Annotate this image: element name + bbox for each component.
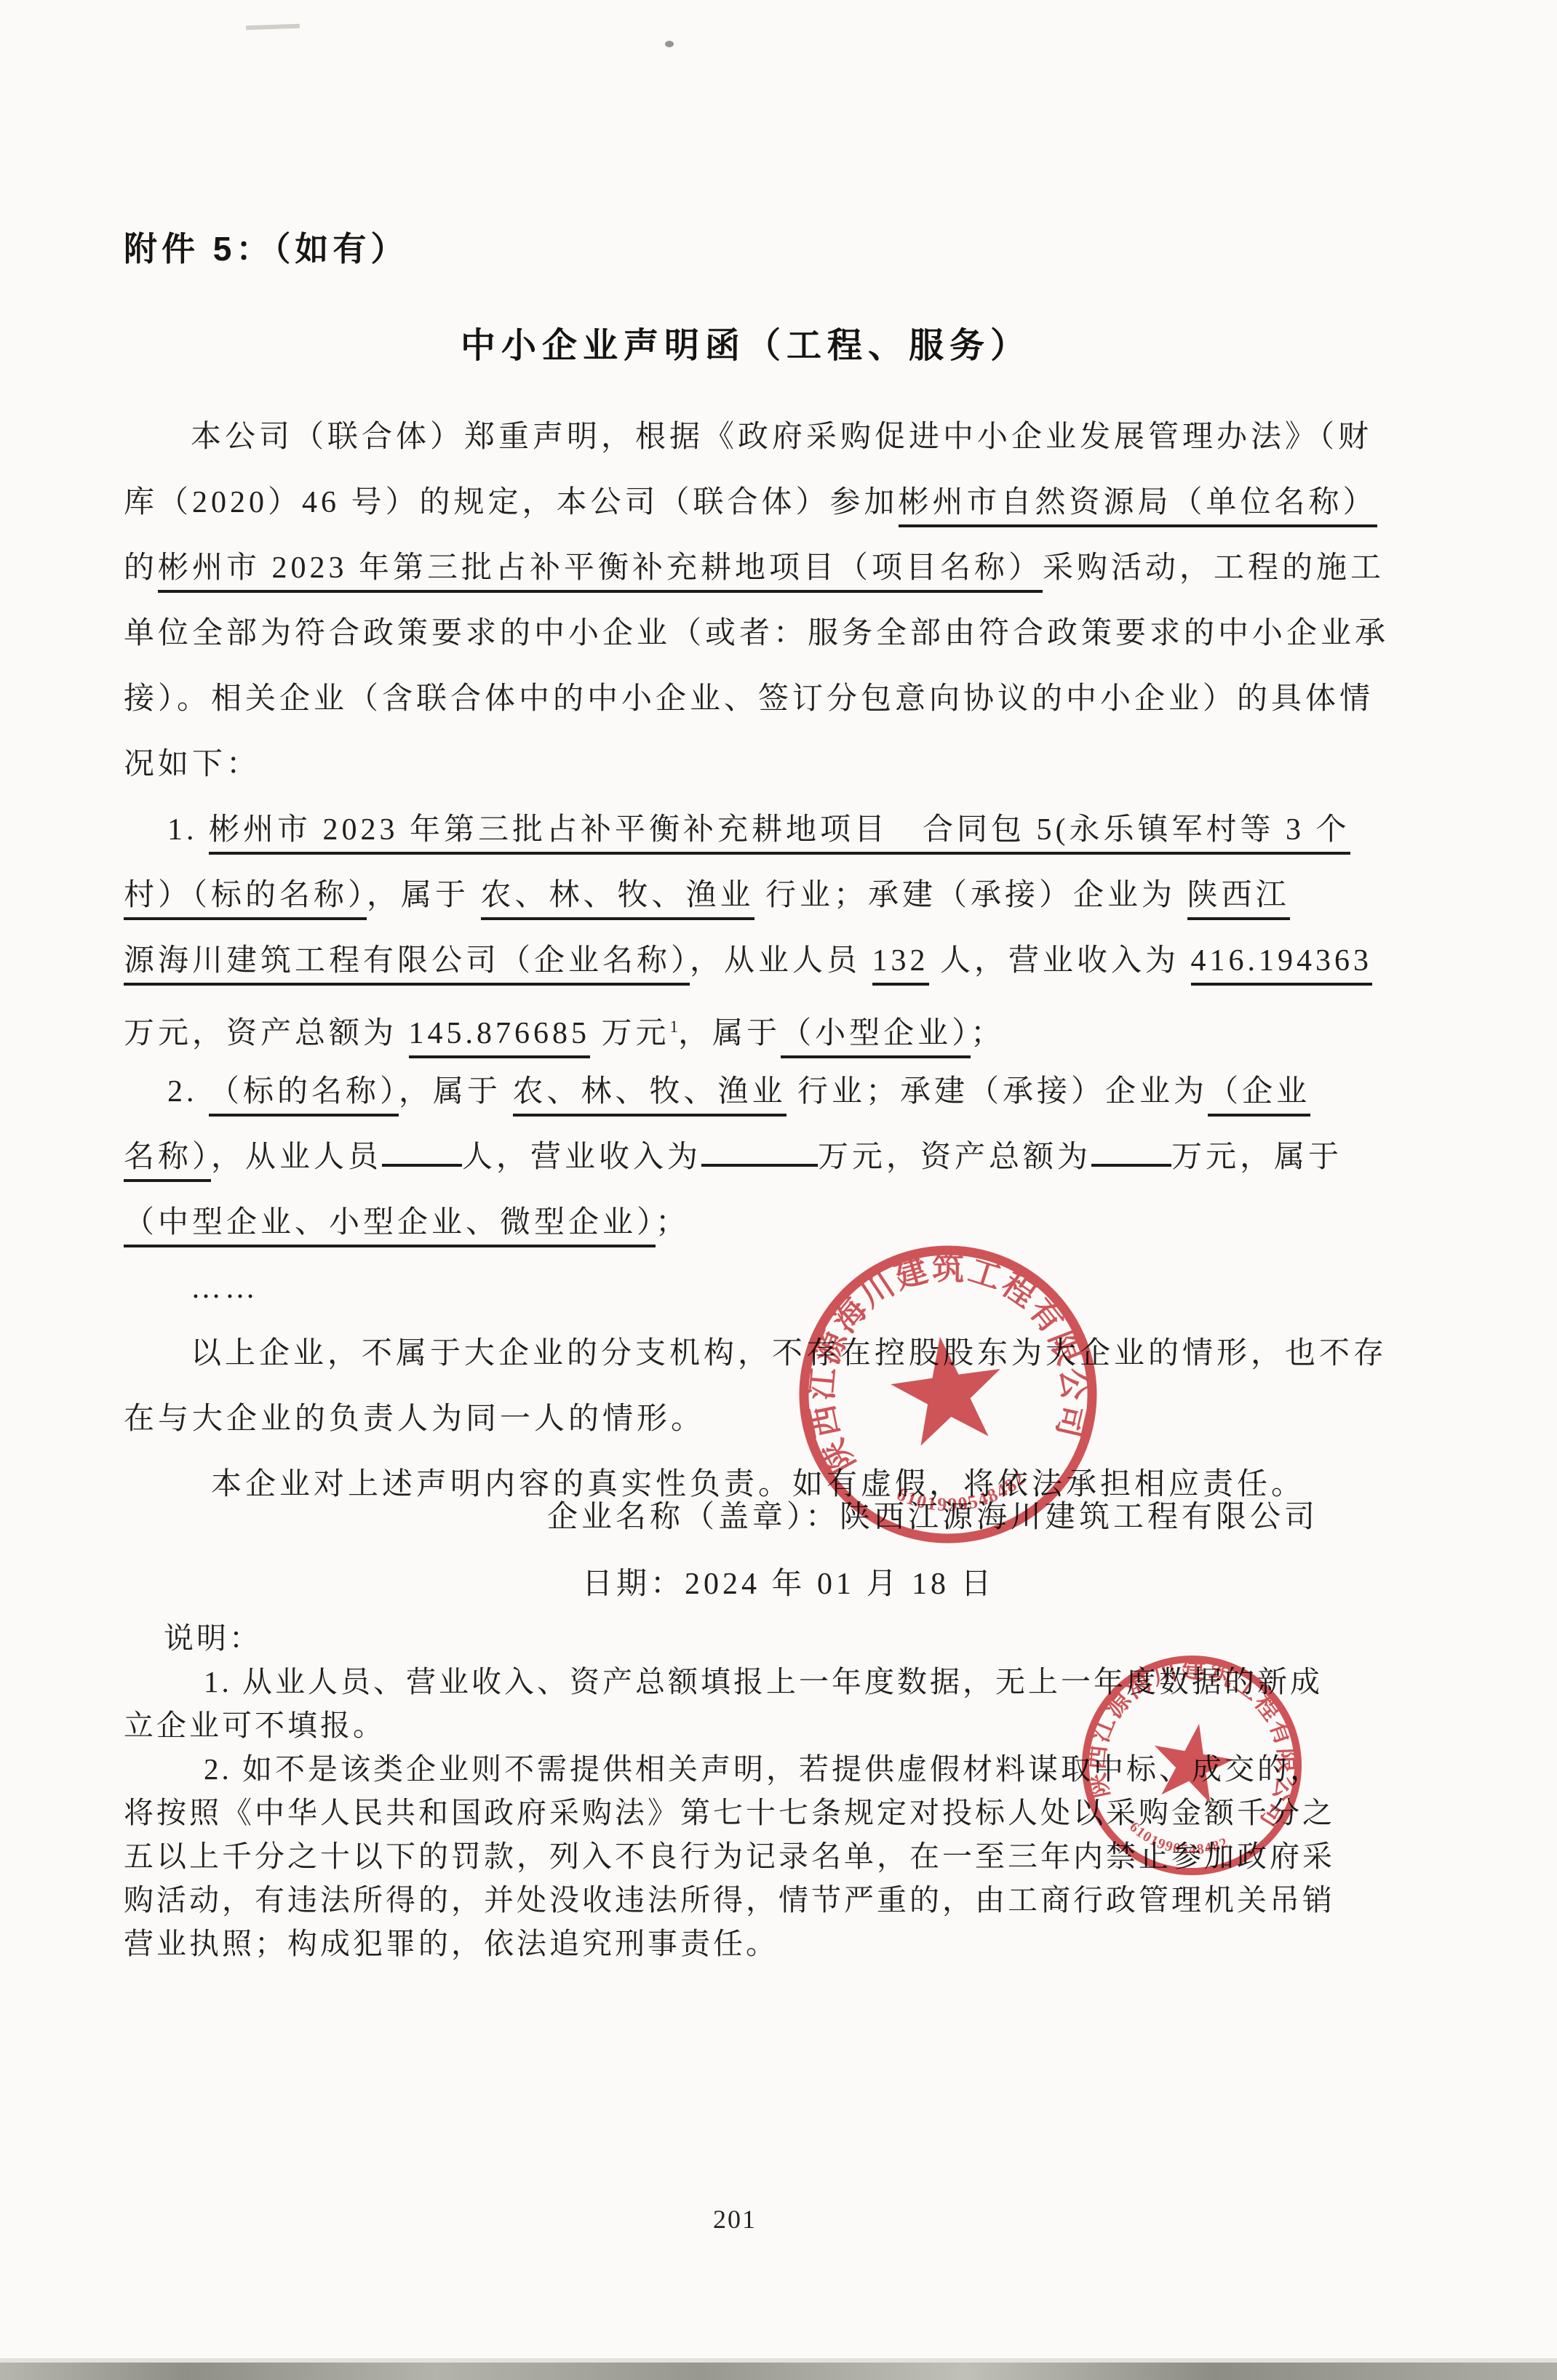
page-number: 201	[0, 2204, 1470, 2235]
svg-text:6101990548482: 6101990548482	[891, 1466, 1034, 1524]
text-segment: ，属于	[367, 879, 481, 912]
seal-star-icon	[1146, 1717, 1238, 1805]
text-segment: ……	[191, 1271, 259, 1305]
attachment-label: 附件 5：（如有）	[124, 223, 408, 271]
document-line: 本公司（联合体）郑重声明，根据《政府采购促进中小企业发展管理办法》（财	[124, 404, 1441, 470]
filled-in-value: 132	[872, 944, 929, 986]
company-seal: 陕西江源海川建筑工程有限公司 6101990548482	[771, 1218, 1125, 1571]
document-page: 附件 5：（如有） 中小企业声明函（工程、服务） 本公司（联合体）郑重声明，根据…	[0, 0, 1557, 2380]
text-segment: 万元，资产总额为	[124, 1017, 409, 1050]
text-segment: 说明：	[164, 1621, 262, 1655]
document-line: 接）。相关企业（含联合体中的中小企业、签订分包意向协议的中小企业）的具体情	[124, 666, 1441, 732]
text-segment: 单位全部为符合政策要求的中小企业（或者：服务全部由符合政策要求的中小企业承	[124, 617, 1389, 650]
text-segment: 行业；承建（承接）企业为	[787, 1075, 1208, 1109]
text-segment: ；	[656, 1206, 690, 1239]
text-segment: 2.	[167, 1075, 209, 1109]
date-line: 日期：2024 年 01 月 18 日	[582, 1560, 995, 1603]
filled-in-value: （小型企业）	[781, 1017, 971, 1058]
text-segment: 况如下：	[124, 748, 260, 781]
filled-in-value: 陕西江	[1187, 879, 1290, 920]
document-line: 营业执照；构成犯罪的，依法追究刑事责任。	[124, 1922, 1441, 1965]
text-segment: 库（2020）46 号）的规定，本公司（联合体）参加	[124, 486, 899, 519]
document-line: 源海川建筑工程有限公司（企业名称），从业人员 132 人，营业收入为 416.1…	[124, 928, 1441, 994]
blank-field	[701, 1159, 818, 1167]
text-segment: ，从业人员	[211, 1141, 382, 1174]
text-segment: 在与大企业的负责人为同一人的情形。	[124, 1402, 705, 1436]
document-line: 库（2020）46 号）的规定，本公司（联合体）参加彬州市自然资源局（单位名称）	[124, 470, 1441, 535]
filled-in-value: 村）（标的名称）	[124, 879, 367, 920]
text-segment: 购活动，有违法所得的，并处没收违法所得，情节严重的，由工商行政管理机关吊销	[124, 1883, 1335, 1917]
text-segment: 营业执照；构成犯罪的，依法追究刑事责任。	[124, 1927, 778, 1960]
text-segment: ，从业人员	[690, 944, 872, 978]
document-line: 万元，资产总额为 145.876685 万元1，属于（小型企业）；	[124, 994, 1441, 1059]
filled-in-value: 农、林、牧、渔业	[513, 1075, 787, 1117]
text-segment: 立企业可不填报。	[124, 1709, 386, 1742]
text-segment: 采购活动，工程的施工	[1043, 551, 1385, 585]
filled-in-value: 416.194363	[1191, 944, 1373, 986]
filled-in-value: 源海川建筑工程有限公司（企业名称）	[124, 944, 690, 986]
text-segment: ；	[971, 1017, 1005, 1050]
text-segment: ，属于	[678, 1017, 781, 1050]
blank-field	[382, 1159, 462, 1167]
document-title: 中小企业声明函（工程、服务）	[0, 317, 1492, 367]
filled-in-value: 彬州市 2023 年第三批占补平衡补充耕地项目 合同包 5(永乐镇军村等 3 个	[209, 813, 1350, 855]
text-segment: 本公司（联合体）郑重声明，根据《政府采购促进中小企业发展管理办法》（财	[191, 420, 1372, 454]
seal-star-icon	[885, 1329, 1010, 1448]
text-segment: 万元，资产总额为	[818, 1141, 1091, 1174]
document-line: 单位全部为符合政策要求的中小企业（或者：服务全部由符合政策要求的中小企业承	[124, 601, 1441, 666]
document-line: 村）（标的名称），属于 农、林、牧、渔业 行业；承建（承接）企业为 陕西江	[124, 863, 1441, 928]
scan-speck	[246, 24, 300, 31]
document-line: 2. （标的名称），属于 农、林、牧、渔业 行业；承建（承接）企业为（企业	[124, 1059, 1441, 1125]
filled-in-value: 彬州市自然资源局（单位名称）	[899, 486, 1377, 527]
blank-field	[1091, 1159, 1171, 1167]
text-segment: 1	[670, 1017, 679, 1036]
text-segment: 1.	[167, 813, 209, 847]
document-line: 况如下：	[124, 732, 1441, 797]
filled-in-value: （企业	[1208, 1075, 1310, 1117]
text-segment: 万元	[590, 1017, 670, 1050]
filled-in-value: 农、林、牧、渔业	[481, 879, 754, 920]
filled-in-value: 名称）	[124, 1141, 211, 1182]
text-segment: 人，营业收入为	[462, 1141, 701, 1174]
text-segment: 接）。相关企业（含联合体中的中小企业、签订分包意向协议的中小企业）的具体情	[124, 682, 1374, 716]
document-line: 名称），从业人员人，营业收入为万元，资产总额为万元，属于	[124, 1125, 1441, 1190]
scan-speck	[665, 41, 674, 47]
scan-artifact-bottom	[0, 2363, 1557, 2380]
text-segment: 的	[124, 551, 158, 585]
document-line: 1. 彬州市 2023 年第三批占补平衡补充耕地项目 合同包 5(永乐镇军村等 …	[124, 797, 1441, 863]
declaration-body: 本公司（联合体）郑重声明，根据《政府采购促进中小企业发展管理办法》（财库（202…	[124, 404, 1441, 1517]
text-segment: 万元，属于	[1171, 1141, 1342, 1174]
filled-in-value: （标的名称）	[209, 1075, 399, 1117]
filled-in-value: （中型企业、小型企业、微型企业）	[124, 1206, 656, 1247]
text-segment: 行业；承建（承接）企业为	[754, 879, 1187, 912]
company-seal: 陕西江源海川建筑工程有限公司 6101990548482	[1053, 1626, 1331, 1904]
filled-in-value: 145.876685	[409, 1017, 591, 1058]
document-line: （中型企业、小型企业、微型企业）；	[124, 1190, 1441, 1255]
text-segment: 人，营业收入为	[929, 944, 1191, 978]
document-line: 在与大企业的负责人为同一人的情形。	[124, 1386, 1441, 1452]
text-segment: ，属于	[399, 1075, 513, 1109]
document-line: 的彬州市 2023 年第三批占补平衡补充耕地项目（项目名称）采购活动，工程的施工	[124, 535, 1441, 601]
filled-in-value: 彬州市 2023 年第三批占补平衡补充耕地项目（项目名称）	[158, 551, 1043, 593]
seal-code-text: 6101990548482	[891, 1466, 1034, 1524]
